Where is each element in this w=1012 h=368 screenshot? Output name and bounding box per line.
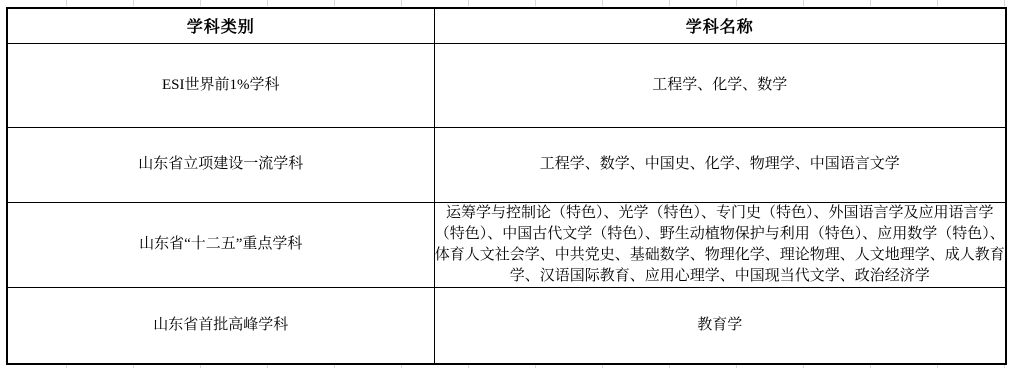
cell-category: ESI世界前1%学科 (7, 43, 434, 127)
cell-names: 运筹学与控制论（特色）、光学（特色）、专门史（特色）、外国语言学及应用语言学（特… (434, 202, 1006, 287)
cell-category: 山东省“十二五”重点学科 (7, 202, 434, 287)
header-discipline-name: 学科名称 (434, 8, 1006, 43)
table-row-12th-five-key: 山东省“十二五”重点学科 运筹学与控制论（特色）、光学（特色）、专门史（特色）、… (7, 202, 1006, 287)
cell-names: 教育学 (434, 287, 1006, 364)
header-discipline-category: 学科类别 (7, 8, 434, 43)
cell-names: 工程学、化学、数学 (434, 43, 1006, 127)
screenshot-root: 学科类别 学科名称 ESI世界前1%学科 工程学、化学、数学 山东省立项建设一流… (0, 0, 1012, 368)
spreadsheet-gridline-top (0, 0, 1012, 6)
discipline-table: 学科类别 学科名称 ESI世界前1%学科 工程学、化学、数学 山东省立项建设一流… (6, 7, 1007, 365)
table-row-esi-top1: ESI世界前1%学科 工程学、化学、数学 (7, 43, 1006, 127)
cell-category: 山东省首批高峰学科 (7, 287, 434, 364)
table-header-row: 学科类别 学科名称 (7, 8, 1006, 43)
cell-names: 工程学、数学、中国史、化学、物理学、中国语言文学 (434, 127, 1006, 202)
table-row-peak-discipline: 山东省首批高峰学科 教育学 (7, 287, 1006, 364)
table-row-first-class: 山东省立项建设一流学科 工程学、数学、中国史、化学、物理学、中国语言文学 (7, 127, 1006, 202)
cell-category: 山东省立项建设一流学科 (7, 127, 434, 202)
